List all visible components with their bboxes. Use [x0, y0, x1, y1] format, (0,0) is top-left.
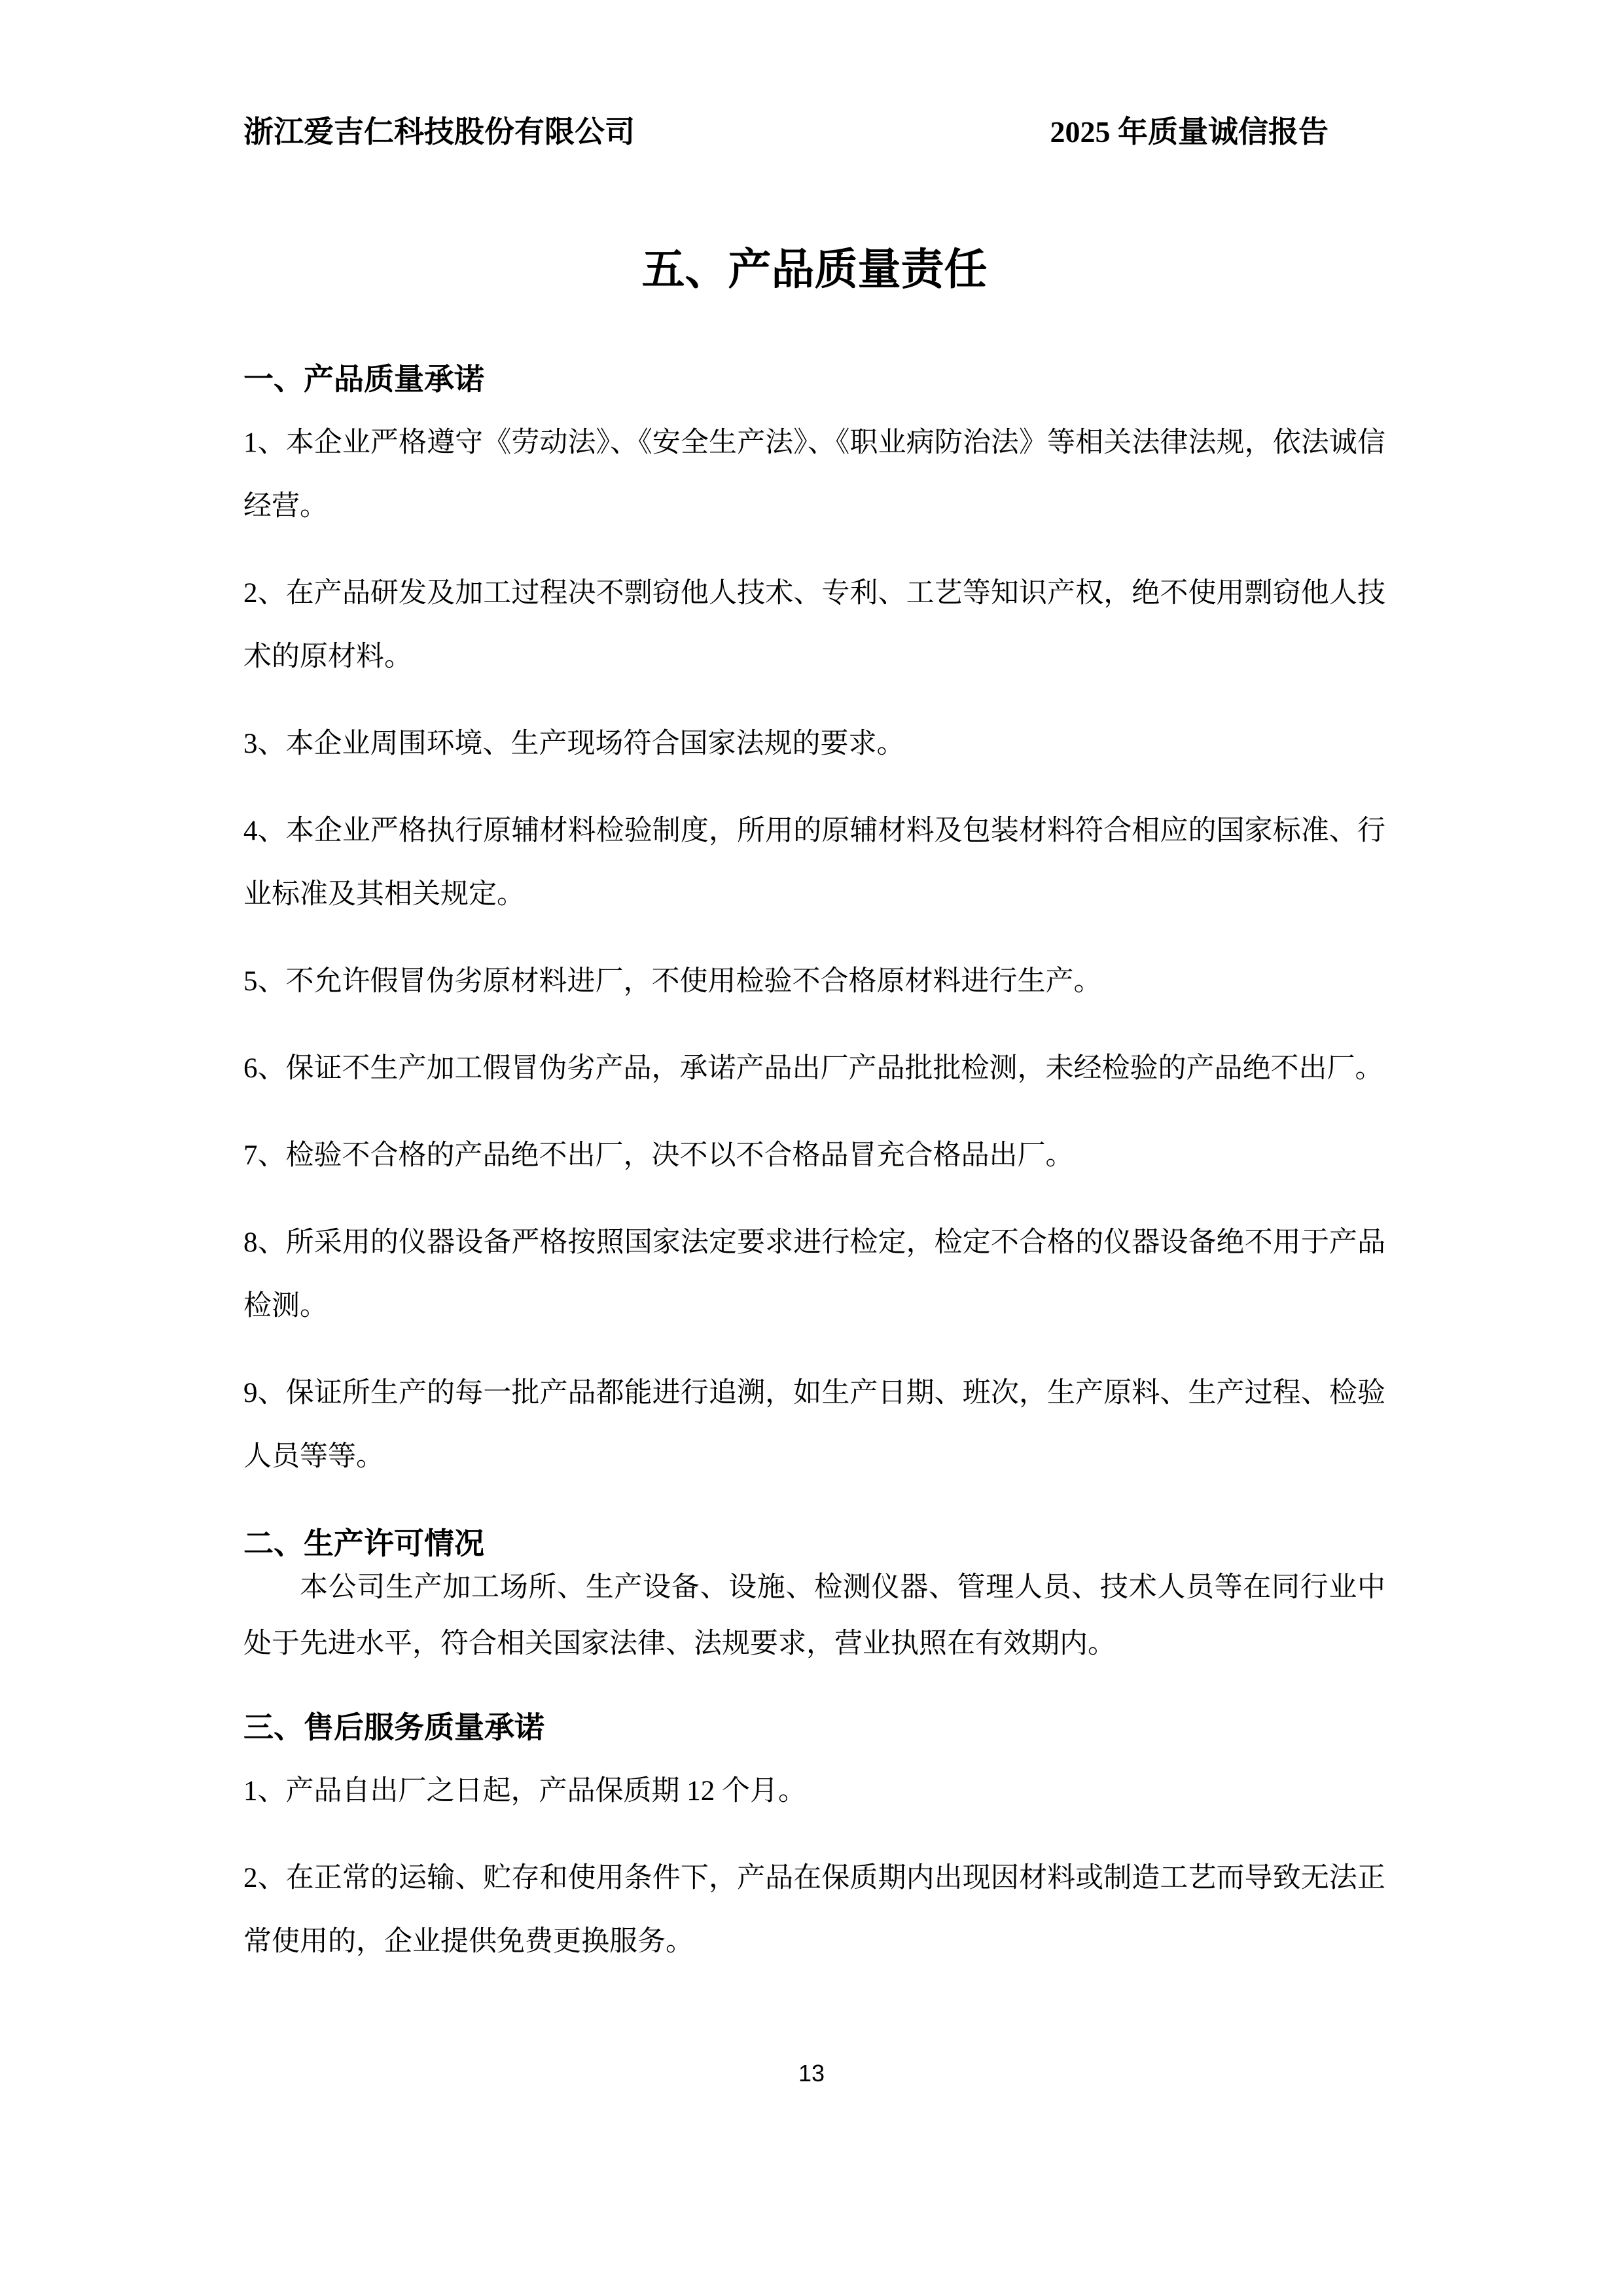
page-title: 五、产品质量责任: [243, 240, 1385, 300]
paragraph-item-6: 6、保证不生产加工假冒伪劣产品，承诺产品出厂产品批批检测，未经检验的产品绝不出厂…: [243, 1037, 1385, 1100]
page-content: 浙江爱吉仁科技股份有限公司 2025 年质量诚信报告 五、产品质量责任 一、产品…: [0, 0, 1623, 1973]
section-heading-after-sales-service: 三、售后服务质量承诺: [243, 1696, 1385, 1759]
paragraph-item-3: 3、本企业周围环境、生产现场符合国家法规的要求。: [243, 712, 1385, 776]
page-number: 13: [0, 2059, 1623, 2088]
paragraph-item-1: 1、本企业严格遵守《劳动法》、《安全生产法》、《职业病防治法》等相关法律法规，依…: [243, 411, 1385, 538]
header-report-title: 2025 年质量诚信报告: [1050, 113, 1329, 152]
header-company-name: 浙江爱吉仁科技股份有限公司: [243, 113, 635, 152]
paragraph-free-replacement: 2、在正常的运输、贮存和使用条件下，产品在保质期内出现因材料或制造工艺而导致无法…: [243, 1846, 1385, 1973]
page-header: 浙江爱吉仁科技股份有限公司 2025 年质量诚信报告: [243, 113, 1385, 152]
paragraph-item-8: 8、所采用的仪器设备严格按照国家法定要求进行检定，检定不合格的仪器设备绝不用于产…: [243, 1211, 1385, 1338]
paragraph-item-7: 7、检验不合格的产品绝不出厂，决不以不合格品冒充合格品出厂。: [243, 1124, 1385, 1187]
paragraph-production-license: 本公司生产加工场所、生产设备、设施、检测仪器、管理人员、技术人员等在同行业中处于…: [243, 1560, 1385, 1672]
paragraph-item-9: 9、保证所生产的每一批产品都能进行追溯，如生产日期、班次，生产原料、生产过程、检…: [243, 1361, 1385, 1488]
paragraph-warranty-period: 1、产品自出厂之日起，产品保质期 12 个月。: [243, 1759, 1385, 1823]
paragraph-item-5: 5、不允许假冒伪劣原材料进厂，不使用检验不合格原材料进行生产。: [243, 950, 1385, 1013]
document-page: 浙江爱吉仁科技股份有限公司 2025 年质量诚信报告 五、产品质量责任 一、产品…: [0, 0, 1623, 2296]
paragraph-item-4: 4、本企业严格执行原辅材料检验制度，所用的原辅材料及包装材料符合相应的国家标准、…: [243, 799, 1385, 926]
section-heading-product-quality-commitment: 一、产品质量承诺: [243, 348, 1385, 411]
paragraph-item-2: 2、在产品研发及加工过程决不剽窃他人技术、专利、工艺等知识产权，绝不使用剽窃他人…: [243, 562, 1385, 689]
